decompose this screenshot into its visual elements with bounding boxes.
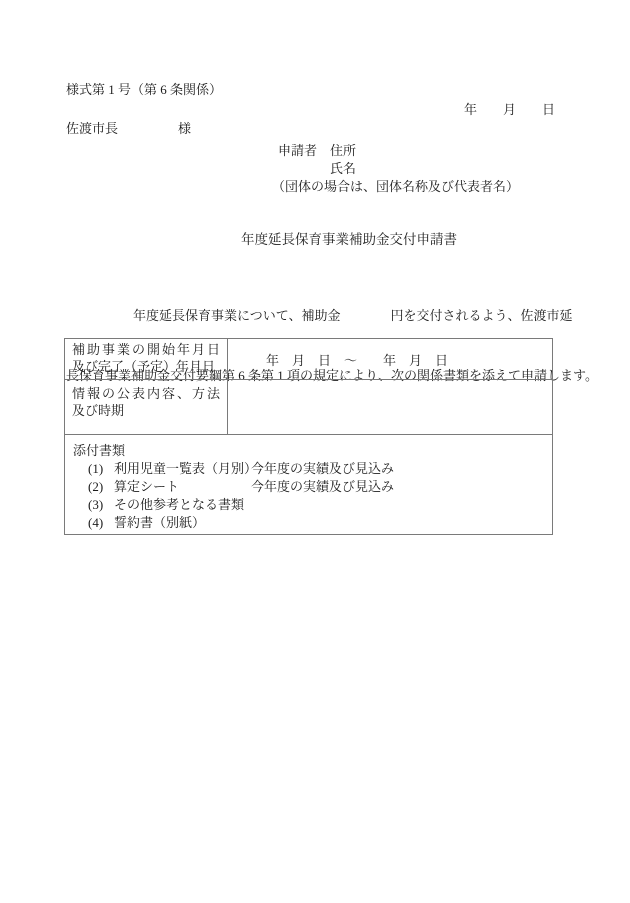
- honorific: 様: [178, 121, 191, 136]
- publication-header-cell: 情報の公表内容、方法 及び時期: [65, 380, 228, 435]
- attachment-label: 誓約書（別紙）: [114, 514, 251, 532]
- application-detail-table: 補助事業の開始年月日 及び完了（予定）年月日 年 月 日 ～ 年 月 日 情報の…: [64, 338, 553, 535]
- attachment-note: 今年度の実績及び見込み: [251, 460, 544, 478]
- addressee-line: 佐渡市長様: [66, 118, 191, 137]
- attachment-note: [251, 514, 544, 532]
- body-line1-before-blank: 年度延長保育事業について、補助金: [133, 308, 340, 323]
- body-line1-after-blank: 円を交付されるよう、佐渡市延: [390, 308, 572, 323]
- document-title: 年度延長保育事業補助金交付申請書: [241, 228, 457, 248]
- applicant-name-label: 氏名: [330, 158, 356, 177]
- table-row-publication: 情報の公表内容、方法 及び時期: [65, 380, 553, 435]
- attachment-note: 今年度の実績及び見込み: [251, 478, 544, 496]
- attachment-number: (1): [88, 460, 114, 478]
- attachment-label: 算定シート: [114, 478, 251, 496]
- applicant-address-label: 申請者 住所: [278, 140, 356, 159]
- attachments-title: 添付書類: [73, 442, 544, 460]
- group-case-note: （団体の場合は、団体名称及び代表者名）: [272, 176, 519, 195]
- table-row-attachments: 添付書類 (1)利用児童一覧表（月別）今年度の実績及び見込み (2)算定シート今…: [65, 435, 553, 535]
- attachment-number: (2): [88, 478, 114, 496]
- project-period-header-line1: 補助事業の開始年月日: [72, 342, 220, 359]
- table-row-project-period: 補助事業の開始年月日 及び完了（予定）年月日 年 月 日 ～ 年 月 日: [65, 339, 553, 380]
- project-period-header-cell: 補助事業の開始年月日 及び完了（予定）年月日: [65, 339, 228, 380]
- publication-value-cell: [228, 380, 553, 435]
- body-line1: 年度延長保育事業について、補助金円を交付されるよう、佐渡市延: [66, 306, 618, 326]
- attachments-list: (1)利用児童一覧表（月別）今年度の実績及び見込み (2)算定シート今年度の実績…: [88, 460, 544, 532]
- document-page: 様式第 1 号（第 6 条関係） 年 月 日 佐渡市長様 申請者 住所 氏名 （…: [0, 0, 630, 903]
- date-blank-line: 年 月 日: [464, 99, 555, 118]
- attachment-label: その他参考となる書類: [114, 496, 251, 514]
- form-number: 様式第 1 号（第 6 条関係）: [66, 79, 222, 98]
- attachment-note: [251, 496, 544, 514]
- publication-header-line2: 及び時期: [72, 403, 220, 420]
- attachment-label: 利用児童一覧表（月別）: [114, 460, 251, 478]
- project-period-header-line2: 及び完了（予定）年月日: [72, 359, 220, 376]
- publication-header-line1: 情報の公表内容、方法: [72, 386, 220, 403]
- project-period-value-cell: 年 月 日 ～ 年 月 日: [228, 339, 553, 380]
- attachments-cell: 添付書類 (1)利用児童一覧表（月別）今年度の実績及び見込み (2)算定シート今…: [65, 435, 553, 535]
- attachment-number: (3): [88, 496, 114, 514]
- addressee: 佐渡市長: [66, 121, 118, 136]
- attachment-number: (4): [88, 514, 114, 532]
